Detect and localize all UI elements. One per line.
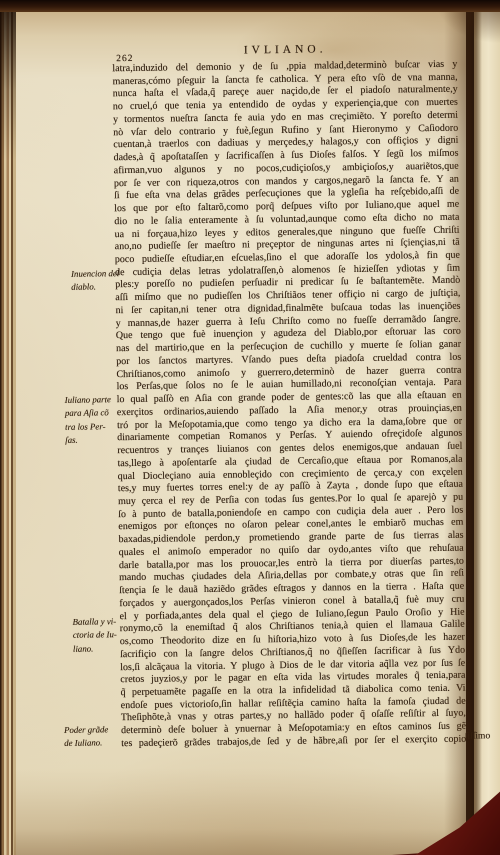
margin-note-line: para Aſia cõ	[65, 407, 111, 421]
margin-note-iuliano-parte-para-asia: Iuliano partepara Aſia cõtra los Per-ſas…	[65, 393, 112, 447]
running-title: IVLIANO.	[113, 42, 457, 59]
margin-note-line: Inuencion del	[71, 267, 119, 281]
page-content: 262 IVLIANO. Inuencion deldiablo. Iulian…	[0, 0, 500, 855]
margin-note-line: ſas.	[65, 433, 111, 447]
margin-note-batalla-y-victoria: Batalla y vi-ctoria de Iu-liano.	[73, 615, 118, 656]
margin-note-line: Poder grãde	[64, 723, 108, 737]
margin-note-line: Iuliano parte	[65, 393, 111, 407]
margin-note-line: de Iuliano.	[64, 737, 108, 751]
margin-note-poder-grande: Poder grãdede Iuliano.	[64, 723, 109, 750]
margin-note-line: diablo.	[71, 281, 119, 295]
margin-note-line: liano.	[73, 642, 117, 656]
catchword: ſiſſimo	[432, 731, 490, 742]
margin-note-line: ctoria de Iu-	[73, 629, 117, 643]
margin-note-inuencion-del-diablo: Inuencion deldiablo.	[71, 267, 119, 294]
book-photo: 262 IVLIANO. Inuencion deldiablo. Iulian…	[0, 0, 500, 855]
binding-top-edge	[0, 0, 500, 12]
body-text: latra,induzido del demonio y de ſu ,ppia…	[112, 59, 466, 751]
margin-note-line: tra los Per-	[65, 420, 111, 434]
margin-note-line: Batalla y vi-	[73, 615, 117, 629]
